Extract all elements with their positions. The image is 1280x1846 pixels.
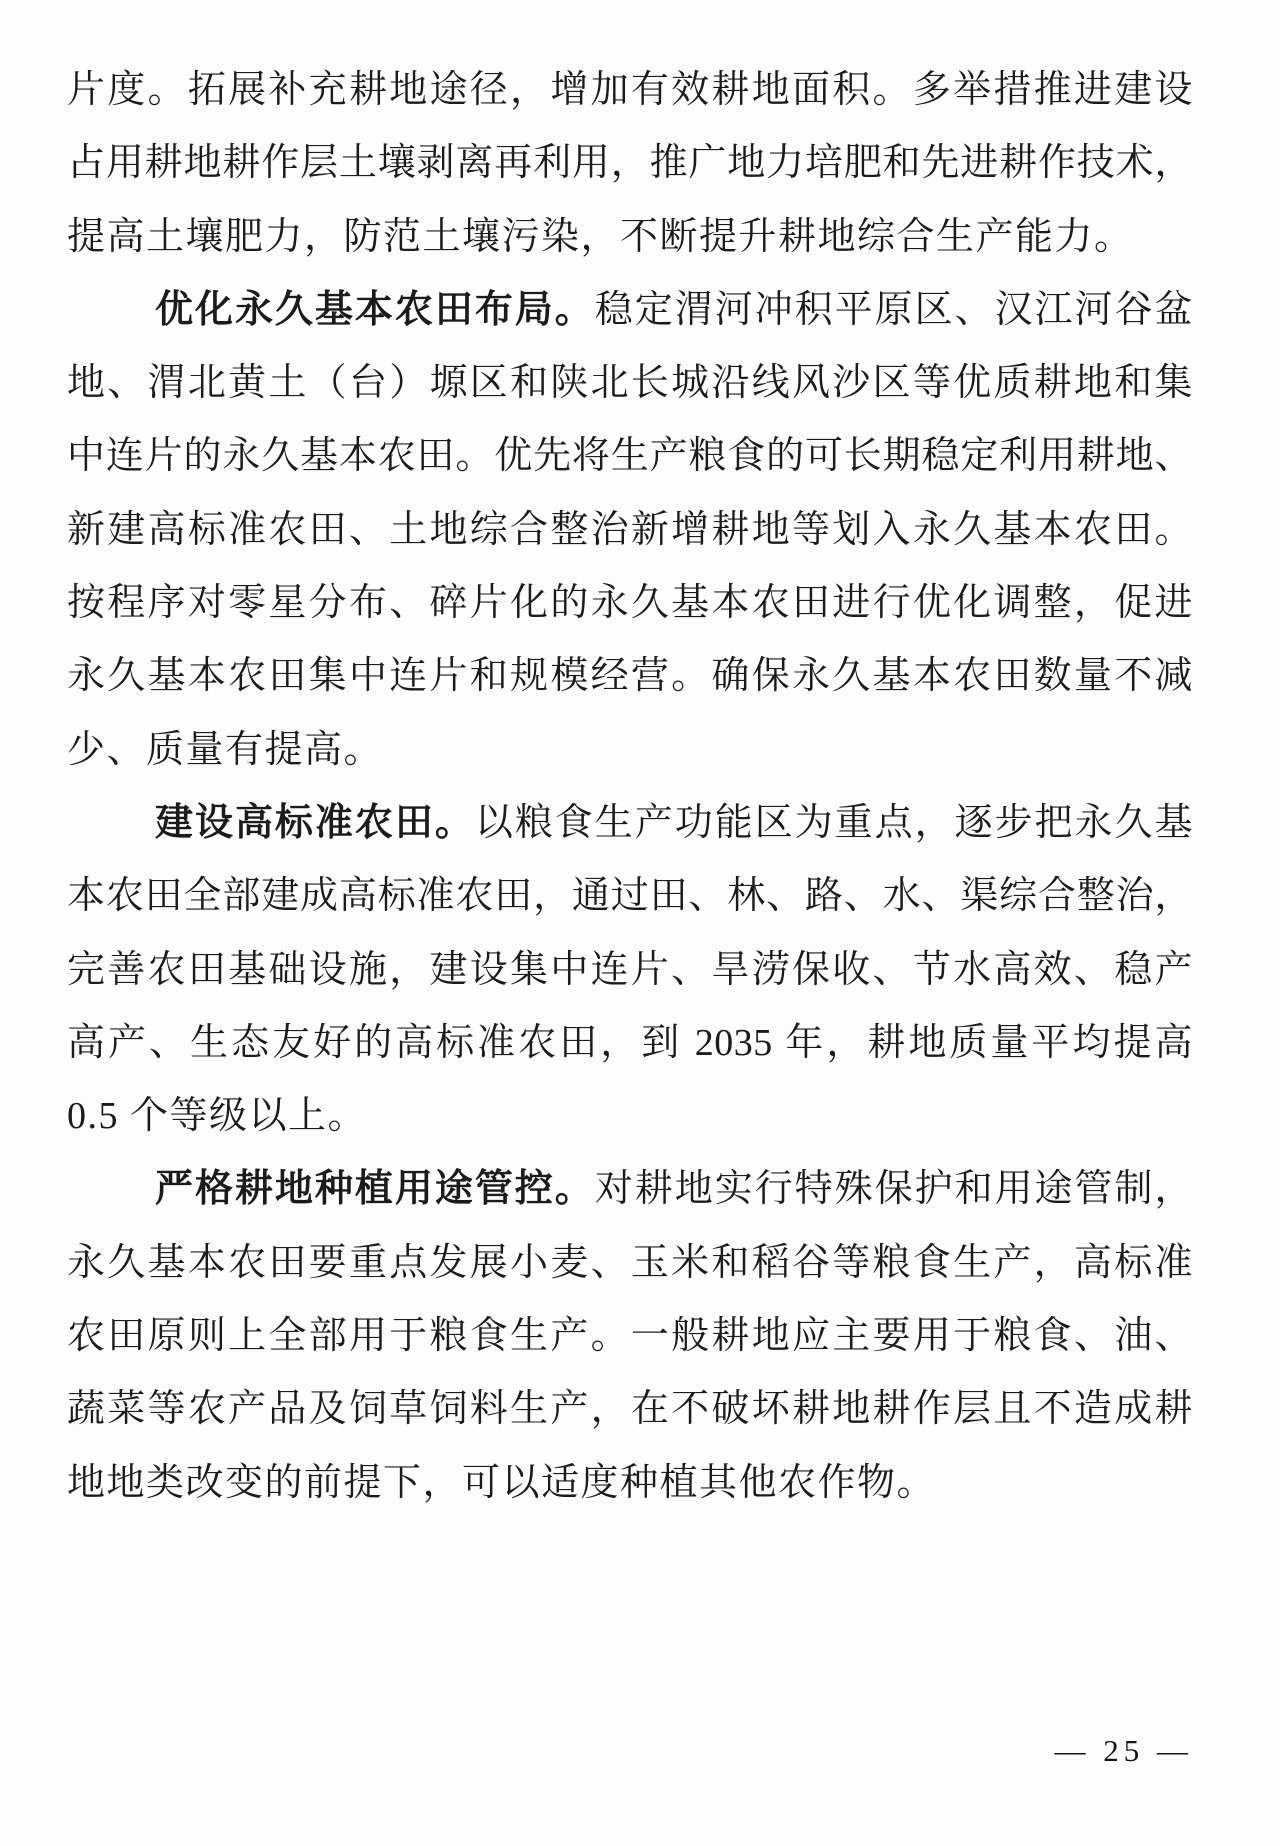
paragraph: 严格耕地种植用途管控。对耕地实行特殊保护和用途管制， 永久基本农田要重点发展小麦… bbox=[67, 1153, 1193, 1519]
text-line: 少、质量有提高。 bbox=[67, 714, 1193, 787]
paragraph-lead-rest: 稳定渭河冲积平原区、汉江河谷盆 bbox=[595, 289, 1193, 331]
text-line: 永久基本农田要重点发展小麦、玉米和稻谷等粮食生产，高标准 bbox=[67, 1227, 1193, 1300]
page-number: — 25 — bbox=[1055, 1733, 1194, 1769]
paragraph: 优化永久基本农田布局。稳定渭河冲积平原区、汉江河谷盆 地、渭北黄土（台）塬区和陕… bbox=[67, 274, 1193, 787]
text-line: 按程序对零星分布、碎片化的永久基本农田进行优化调整，促进 bbox=[67, 567, 1193, 640]
paragraph-lead: 严格耕地种植用途管控。 bbox=[155, 1168, 595, 1210]
text-line: 地、渭北黄土（台）塬区和陕北长城沿线风沙区等优质耕地和集 bbox=[67, 347, 1193, 420]
document-body: 片度。拓展补充耕地途径，增加有效耕地面积。多举措推进建设 占用耕地耕作层土壤剥离… bbox=[67, 54, 1193, 1520]
paragraph-lead-rest: 对耕地实行特殊保护和用途管制， bbox=[595, 1168, 1193, 1210]
paragraph-lead: 建设高标准农田。 bbox=[155, 802, 475, 844]
text-line: 建设高标准农田。以粮食生产功能区为重点，逐步把永久基 bbox=[67, 787, 1193, 860]
text-line: 地地类改变的前提下，可以适度种植其他农作物。 bbox=[67, 1447, 1193, 1520]
document-page: 片度。拓展补充耕地途径，增加有效耕地面积。多举措推进建设 占用耕地耕作层土壤剥离… bbox=[0, 0, 1280, 1846]
text-line: 占用耕地耕作层土壤剥离再利用，推广地力培肥和先进耕作技术， bbox=[67, 127, 1193, 200]
text-line: 完善农田基础设施，建设集中连片、旱涝保收、节水高效、稳产 bbox=[67, 934, 1193, 1007]
text-line: 新建高标准农田、土地综合整治新增耕地等划入永久基本农田。 bbox=[67, 494, 1193, 567]
text-line: 严格耕地种植用途管控。对耕地实行特殊保护和用途管制， bbox=[67, 1153, 1193, 1226]
paragraph: 片度。拓展补充耕地途径，增加有效耕地面积。多举措推进建设 占用耕地耕作层土壤剥离… bbox=[67, 54, 1193, 274]
paragraph-lead-rest: 以粮食生产功能区为重点，逐步把永久基 bbox=[475, 802, 1193, 844]
text-line: 优化永久基本农田布局。稳定渭河冲积平原区、汉江河谷盆 bbox=[67, 274, 1193, 347]
paragraph-lead: 优化永久基本农田布局。 bbox=[155, 289, 595, 331]
text-line: 本农田全部建成高标准农田，通过田、林、路、水、渠综合整治， bbox=[67, 860, 1193, 933]
text-line: 片度。拓展补充耕地途径，增加有效耕地面积。多举措推进建设 bbox=[67, 54, 1193, 127]
text-line: 0.5 个等级以上。 bbox=[67, 1080, 1193, 1153]
text-line: 蔬菜等农产品及饲草饲料生产，在不破坏耕地耕作层且不造成耕 bbox=[67, 1373, 1193, 1446]
text-line: 农田原则上全部用于粮食生产。一般耕地应主要用于粮食、油、 bbox=[67, 1300, 1193, 1373]
text-line: 中连片的永久基本农田。优先将生产粮食的可长期稳定利用耕地、 bbox=[67, 420, 1193, 493]
text-line: 高产、生态友好的高标准农田，到 2035 年，耕地质量平均提高 bbox=[67, 1007, 1193, 1080]
paragraph: 建设高标准农田。以粮食生产功能区为重点，逐步把永久基 本农田全部建成高标准农田，… bbox=[67, 787, 1193, 1153]
text-line: 永久基本农田集中连片和规模经营。确保永久基本农田数量不减 bbox=[67, 640, 1193, 713]
text-line: 提高土壤肥力，防范土壤污染，不断提升耕地综合生产能力。 bbox=[67, 201, 1193, 274]
